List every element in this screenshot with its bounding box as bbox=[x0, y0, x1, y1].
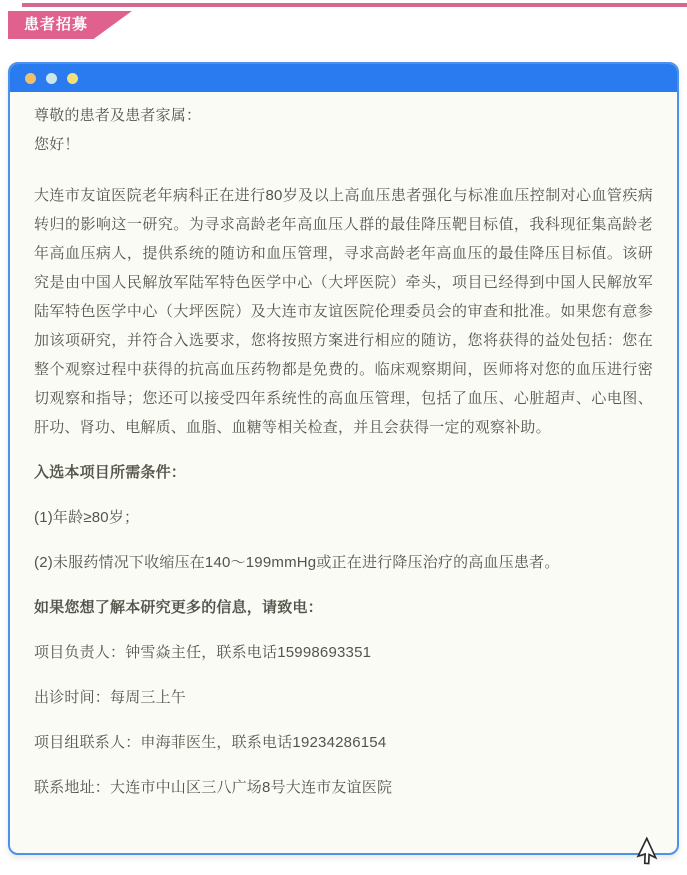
criteria-item-age: (1)年龄≥80岁； bbox=[34, 503, 653, 532]
contact-heading: 如果您想了解本研究更多的信息，请致电： bbox=[34, 593, 653, 622]
contact-line-pi: 项目负责人：钟雪焱主任，联系电话15998693351 bbox=[34, 638, 653, 667]
criteria-item-bp: (2)未服药情况下收缩压在140～199mmHg或正在进行降压治疗的高血压患者。 bbox=[34, 548, 653, 577]
criteria-heading: 入选本项目所需条件： bbox=[34, 458, 653, 487]
card-titlebar bbox=[10, 64, 677, 92]
window-dot-3 bbox=[67, 73, 78, 84]
window-dot-2 bbox=[46, 73, 57, 84]
study-intro-paragraph: 大连市友谊医院老年病科正在进行80岁及以上高血压患者强化与标准血压控制对心血管疾… bbox=[34, 181, 653, 442]
contact-line-coordinator: 项目组联系人：申海菲医生，联系电话19234286154 bbox=[34, 728, 653, 757]
recruit-banner-label: 患者招募 bbox=[24, 16, 88, 33]
contact-line-clinic-hours: 出诊时间：每周三上午 bbox=[34, 683, 653, 712]
card-content: 尊敬的患者及患者家属： 您好！ 大连市友谊医院老年病科正在进行80岁及以上高血压… bbox=[10, 92, 677, 802]
decor-top-line bbox=[22, 3, 687, 7]
recruit-banner: 患者招募 bbox=[8, 11, 132, 39]
notice-card: 尊敬的患者及患者家属： 您好！ 大连市友谊医院老年病科正在进行80岁及以上高血压… bbox=[8, 62, 679, 855]
contact-line-address: 联系地址：大连市中山区三八广场8号大连市友谊医院 bbox=[34, 773, 653, 802]
greeting-line: 尊敬的患者及患者家属： bbox=[34, 101, 653, 130]
window-dot-1 bbox=[25, 73, 36, 84]
hello-line: 您好！ bbox=[34, 130, 653, 159]
greeting-block: 尊敬的患者及患者家属： 您好！ bbox=[34, 101, 653, 159]
